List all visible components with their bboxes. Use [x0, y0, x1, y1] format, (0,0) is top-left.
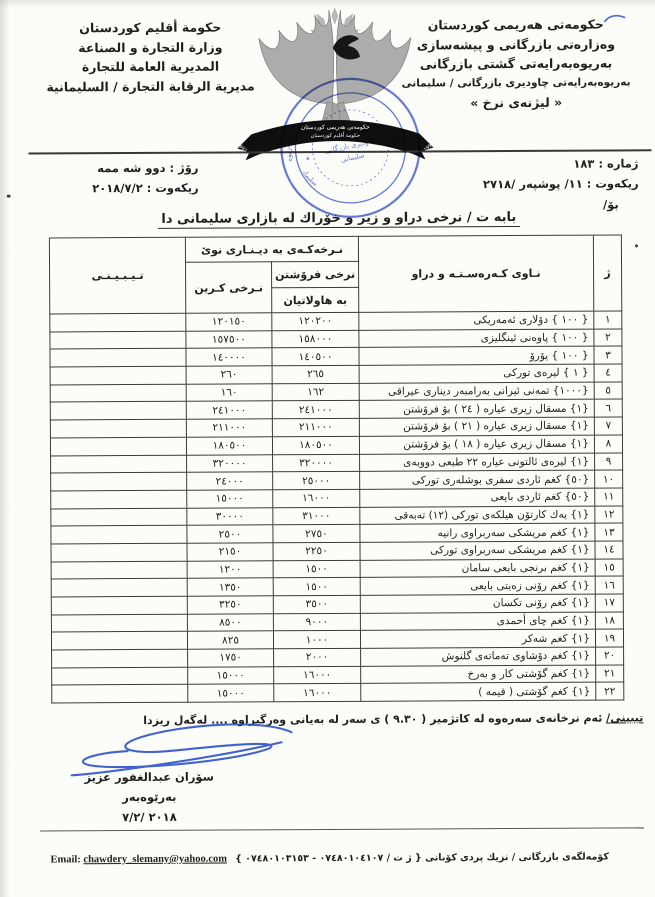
- sell-price-cell: ٣٢٠٠٠٠: [273, 454, 360, 472]
- buy-price-cell: ٣٢٥٠: [187, 596, 273, 614]
- price-table: ژ نـاوی كـه‌ره‌سـتـه‌ و دراو نـرخه‌كـه‌ی…: [49, 234, 624, 703]
- col-header-notes: تـیـبـیـنـی: [49, 237, 185, 314]
- row-number-cell: ٧: [594, 417, 622, 435]
- row-number-cell: ١٢: [595, 506, 623, 524]
- note-cell: [52, 685, 188, 703]
- note-cell: [51, 543, 187, 561]
- buy-price-cell: ١٢٠١٥٠: [186, 313, 272, 331]
- note-cell: [52, 667, 188, 685]
- buy-price-cell: ١٣٥٠: [187, 578, 273, 596]
- meta-right: ژماره‌ : ١٨٣ ریكه‌وت : ١١/ پوشپه‌ر /٢٧١٨: [466, 153, 638, 194]
- item-name-cell: {١} كغم رۆنی تكسان: [360, 594, 595, 613]
- item-name-cell: { ١٠٠ } یۆرۆ: [359, 346, 594, 365]
- note-cell: [51, 632, 187, 650]
- buy-price-cell: ٣٢٠٠٠٠: [187, 454, 273, 472]
- item-name-cell: {١} لیره‌ی ئالتونی عیاره‌ ٢٢ طبعی دووبه‌…: [360, 453, 595, 472]
- price-table-header: ژ نـاوی كـه‌ره‌سـتـه‌ و دراو نـرخه‌كـه‌ی…: [49, 235, 621, 314]
- item-name-cell: {١} یه‌ك كارتۆن هیلكه‌ی توركی (١٢) ته‌به…: [360, 506, 595, 525]
- sell-price-cell: ٣٥٠٠: [273, 595, 360, 613]
- sell-price-cell: ٢٧٥٠: [273, 525, 360, 543]
- sell-price-cell: ٣١٠٠٠: [273, 507, 360, 525]
- note-cell: [50, 349, 186, 367]
- item-name-cell: {١} كغم چای أحمدی: [360, 612, 595, 631]
- sell-price-cell: ٢٢٥٠: [273, 542, 360, 560]
- item-name-cell: {١} كغم مریشكی سه‌ربراوی رانیه‌: [360, 523, 595, 542]
- document-number-field: ژماره‌ : ١٨٣: [466, 153, 638, 174]
- day-field: رۆژ : دوو شه‌ ممه‌: [53, 158, 198, 179]
- sell-price-cell: ٢٥٠٠٠: [273, 472, 360, 490]
- row-number-cell: ٥: [594, 382, 622, 400]
- item-name-cell: { ١٠٠ } دۆلاری ئه‌مه‌ریكی: [359, 311, 594, 330]
- item-name-cell: {١} مسقال زیری عیاره‌ ( ٢٤ ) بۆ فرۆشتن: [359, 400, 594, 419]
- row-number-cell: ١٣: [595, 523, 623, 541]
- row-number-cell: ٢٢: [596, 682, 624, 700]
- item-name-cell: {١} كغم رۆنی زه‌یتی بایعی: [360, 576, 595, 595]
- date-field-kurdish: ریكه‌وت : ١١/ پوشپه‌ر /٢٧١٨: [467, 173, 639, 194]
- note-cell: [52, 649, 188, 667]
- footnote-label: تیبینی/: [606, 711, 643, 724]
- scan-speck: [7, 195, 11, 198]
- buy-price-cell: ١٤٠٠٠٠: [186, 348, 272, 366]
- buy-price-cell: ١٥٠٠٠: [188, 667, 274, 685]
- sell-price-cell: ١٦٠٠٠: [274, 684, 361, 702]
- sell-price-cell: ١٨٠٥٠٠: [272, 436, 359, 454]
- row-number-cell: ١٦: [595, 576, 623, 594]
- subject-title: بابه‌ ت / نرخی دراو و زیر و خۆراك له‌ با…: [24, 209, 654, 227]
- col-header-buy-price: نـرخی كـرین: [186, 262, 272, 313]
- buy-price-cell: ١٦٠: [186, 384, 272, 402]
- item-name-cell: {١} كغم برنجی بایعی سامان: [360, 559, 595, 578]
- subject-title-text: بابه‌ ت / نرخی دراو و زیر و خۆراك له‌ با…: [157, 210, 520, 229]
- sell-price-cell: ١٠٠٠: [273, 631, 360, 649]
- svg-text:٭: ٭: [304, 154, 311, 165]
- row-number-cell: ٦: [594, 399, 622, 417]
- scan-speck: [635, 244, 638, 247]
- note-cell: [51, 579, 187, 597]
- stamp-line: سلیمانی: [340, 151, 366, 164]
- buy-price-cell: ٨٢٥: [187, 631, 273, 649]
- item-name-cell: {١} مسقال زیری عیاره‌ ( ١٨ ) بۆ فرۆشتن: [359, 435, 594, 454]
- header-arabic-line: المديرية العامة للتجارة: [43, 56, 258, 77]
- buy-price-cell: ٢٥٠٠: [187, 525, 273, 543]
- signer-date: ٢٠١٨ /٧/٢: [57, 806, 242, 827]
- buy-price-cell: ١٥٠٠٠: [187, 490, 273, 508]
- header-arabic-line: مديرية الرقابة التجارة / السليمانية: [43, 76, 258, 97]
- signer-name: سۆران عبدالغفور عزیز: [57, 766, 242, 787]
- col-header-price-group: نـرخه‌كـه‌ی به‌ دیـنـاری نوێ: [185, 236, 358, 262]
- item-name-cell: {١} كغم مریشكی سه‌ربراوی توركی: [360, 541, 595, 560]
- sell-price-cell: ١٥٠٠: [273, 578, 360, 596]
- email-address: chawdery_slemany@yahoo.com: [83, 854, 227, 866]
- col-header-sell-price: نرخی فرۆشتن: [272, 261, 359, 287]
- note-cell: [50, 331, 186, 349]
- sell-price-cell: ٢٦٥: [272, 365, 359, 383]
- header-arabic-line: وزارة التجارة و الصناعة: [43, 37, 258, 58]
- header-arabic-line: حكومة أقليم كوردستان: [43, 17, 258, 38]
- item-name-cell: {١٠٠٠} تمه‌نی ئیرانی به‌رامبه‌ر دیناری ع…: [359, 382, 594, 401]
- note-cell: [50, 384, 186, 402]
- pen-mark-icon: [602, 10, 630, 26]
- table-row: ٢٢{١} كغم گۆشتی ( قیمه‌ )١٦٠٠٠١٥٠٠٠: [52, 682, 624, 703]
- sell-price-cell: ١٥٨٠٠٠: [272, 330, 359, 348]
- sell-price-cell: ٢٠٠٠: [274, 648, 361, 666]
- row-number-cell: ١٨: [595, 612, 623, 630]
- sell-price-cell: ٩٠٠٠: [273, 613, 360, 631]
- note-cell: [50, 366, 186, 384]
- row-number-cell: ٢: [594, 329, 622, 347]
- sell-price-cell: ٢١١٠٠٠: [272, 418, 359, 436]
- note-cell: [51, 455, 187, 473]
- item-name-cell: { ١٠٠ } پاوه‌نی ئینگلیزی: [359, 329, 594, 348]
- email-field: Email: chawdery_slemany@yahoo.com: [50, 854, 227, 866]
- buy-price-cell: ٣٠٠٠٠: [187, 507, 273, 525]
- header-arabic: حكومة أقليم كوردستان وزارة التجارة و الص…: [43, 17, 258, 96]
- col-header-number: ژ: [593, 235, 621, 311]
- sell-price-cell: ١٦٢: [272, 383, 359, 401]
- note-cell: [50, 402, 186, 420]
- address-phone-text: كۆمه‌لگه‌ی بازرگانی / نزیك پردی كۆبانی {…: [235, 852, 609, 865]
- sell-price-cell: ١٤٠٥٠٠: [272, 348, 359, 366]
- row-number-cell: ١١: [595, 488, 623, 506]
- buy-price-cell: ٢٦٠: [186, 366, 272, 384]
- item-name-cell: {٥٠} كغم ئاردی سفری بوشله‌ری توركی: [360, 470, 595, 489]
- buy-price-cell: ٢٤١٠٠٠: [186, 401, 272, 419]
- sell-price-cell: ١٢٠٢٠٠: [272, 312, 359, 330]
- official-stamp: به‌ریوه‌به‌رایه‌تی چاودیری بازرگانی سلیم…: [276, 73, 425, 222]
- sell-price-cell: ٢٤١٠٠٠: [272, 401, 359, 419]
- row-number-cell: ١٤: [595, 541, 623, 559]
- item-name-cell: { ١ } لیره‌ی توركی: [359, 364, 594, 383]
- row-number-cell: ٣: [594, 346, 622, 364]
- row-number-cell: ٢٠: [596, 647, 624, 665]
- buy-price-cell: ١٥٧٥٠٠: [186, 330, 272, 348]
- buy-price-cell: ١٧٥٠: [188, 649, 274, 667]
- row-number-cell: ١٩: [595, 629, 623, 647]
- row-number-cell: ٤: [594, 364, 622, 382]
- item-name-cell: {١} كغم دۆشاوی ته‌ماته‌ی گلنوش: [361, 647, 596, 666]
- note-cell: [51, 614, 187, 632]
- note-cell: [50, 437, 186, 455]
- row-number-cell: ٢١: [596, 665, 624, 683]
- col-header-item-name: نـاوی كـه‌ره‌سـتـه‌ و دراو: [358, 235, 593, 312]
- date-field-gregorian: ریكه‌وت : ٢٠١٨/٧/٢: [54, 178, 199, 199]
- buy-price-cell: ١٥٠٠٠: [188, 684, 274, 702]
- note-cell: [50, 419, 186, 437]
- item-name-cell: {١} كغم گۆشتی كار و به‌رخ: [361, 665, 596, 684]
- row-number-cell: ١٥: [595, 559, 623, 577]
- item-name-cell: {١} كغم شه‌كر: [360, 629, 595, 648]
- svg-text:٭: ٭: [390, 135, 397, 146]
- item-name-cell: {١} مسقال زیری عیاره‌ ( ٢١ ) بۆ فرۆشتن: [359, 417, 594, 436]
- note-cell: [51, 490, 187, 508]
- buy-price-cell: ٨٥٠٠: [187, 613, 273, 631]
- row-number-cell: ١: [594, 311, 622, 329]
- buy-price-cell: ٢١٥٠: [187, 543, 273, 561]
- note-cell: [51, 596, 187, 614]
- note-cell: [51, 561, 187, 579]
- row-number-cell: ٨: [594, 435, 622, 453]
- buy-price-cell: ١٢٠٠: [187, 560, 273, 578]
- row-number-cell: ١٠: [595, 470, 623, 488]
- signature-block: سۆران عبدالغفور عزیز به‌رێوه‌به‌ر ٢٠١٨ /…: [57, 766, 242, 827]
- sell-price-cell: ١٥٠٠: [273, 560, 360, 578]
- sell-price-cell: ١٦٠٠٠: [274, 666, 361, 684]
- meta-left: رۆژ : دوو شه‌ ممه‌ ریكه‌وت : ٢٠١٨/٧/٢: [53, 158, 198, 199]
- sell-price-cell: ١٦٠٠٠: [273, 489, 360, 507]
- buy-price-cell: ١٨٠٥٠٠: [186, 437, 272, 455]
- note-cell: [50, 313, 186, 331]
- item-name-cell: {٥٠} كغم ئاردی بایعی: [360, 488, 595, 507]
- footer-contact: Email: chawdery_slemany@yahoo.com كۆمه‌ل…: [2, 851, 655, 865]
- note-cell: [51, 525, 187, 543]
- item-name-cell: {١} كغم گۆشتی ( قیمه‌ ): [361, 683, 596, 702]
- price-table-body: ١{ ١٠٠ } دۆلاری ئه‌مه‌ریكی١٢٠٢٠٠١٢٠١٥٠٢{…: [50, 311, 624, 703]
- col-header-sell-price-sub: به‌ هاولاتیان: [272, 287, 359, 312]
- buy-price-cell: ٢٤٠٠٠: [187, 472, 273, 490]
- row-number-cell: ٩: [595, 452, 623, 470]
- scanned-document-page: حكومة أقليم كوردستان وزارة التجارة و الص…: [0, 0, 655, 897]
- note-cell: [51, 508, 187, 526]
- signer-role: به‌رێوه‌به‌ر: [57, 786, 242, 807]
- footer-divider: [40, 827, 644, 831]
- note-cell: [51, 472, 187, 490]
- buy-price-cell: ٢١١٠٠٠: [186, 419, 272, 437]
- row-number-cell: ١٧: [595, 594, 623, 612]
- email-label: Email:: [50, 854, 80, 865]
